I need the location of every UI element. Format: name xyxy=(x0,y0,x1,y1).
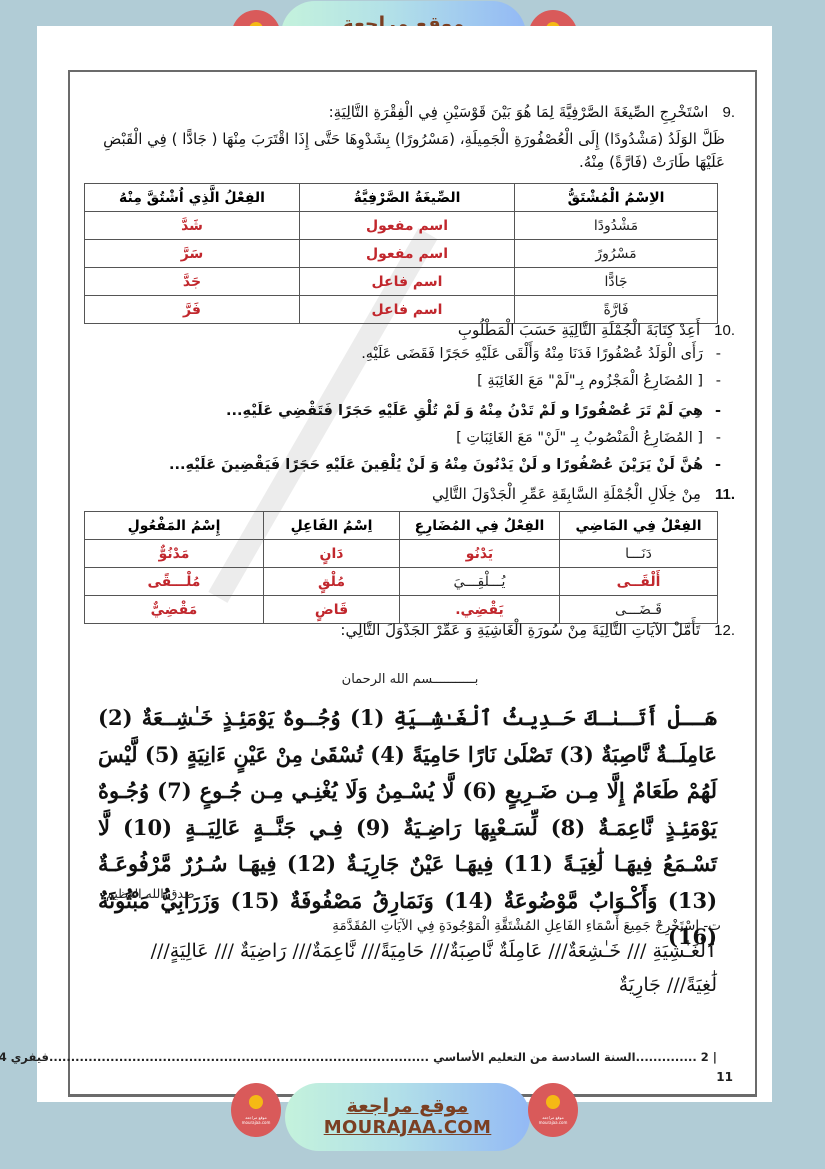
table-row: مَسْرُورً اسم مفعول سَرَّ xyxy=(85,240,718,268)
q10-answer-2: -هُنَّ لَنْ يَرَيْنَ عُصْفُورًا و لَنْ ي… xyxy=(169,457,721,473)
answer-text: هُنَّ لَنْ يَرَيْنَ عُصْفُورًا و لَنْ يَ… xyxy=(169,457,703,473)
q9-table: الاِسْمُ الْمُشْتَقُّ الصِّيغَةُ الصَّرْ… xyxy=(84,183,718,324)
table-header: الاِسْمُ الْمُشْتَقُّ xyxy=(515,184,718,212)
table-row: جَادًّا اسم فاعل جَدَّ xyxy=(85,268,718,296)
question-text: تَأَمَّلْ الآيَاتِ التَّالِيَةَ مِنْ سُو… xyxy=(340,621,700,639)
badge-text: موقع مراجعة mourajaa.com xyxy=(528,1115,578,1125)
table-cell: دَنَـــا xyxy=(560,540,718,568)
table-cell-answer: اسم مفعول xyxy=(300,212,515,240)
logo-icon xyxy=(249,1095,263,1109)
table-row: دَنَـــا يَدْنُو دَانٍ مَدْنُوٌّ xyxy=(85,540,718,568)
q9-paragraph: ظَلَّ الوَلَدُ (مَشْدُودًا) إِلَى الْعُص… xyxy=(100,128,725,174)
page-footer: | 2 .............. السنة السادسة من التع… xyxy=(108,1050,717,1064)
dots: ........................................… xyxy=(241,1050,429,1064)
table-row: فَارَّةً اسم فاعل فَرَّ xyxy=(85,296,718,324)
table-header-row: الفِعْلُ فِي المَاضِي الفِعْلُ فِي المُض… xyxy=(85,512,718,540)
question-number: 12. xyxy=(714,622,735,639)
table-cell-answer: أَلْقَــى xyxy=(560,568,718,596)
table-header: اِسْمُ الفَاعِلِ xyxy=(264,512,400,540)
table-cell-answer: دَانٍ xyxy=(264,540,400,568)
table-cell-answer: يَقْضِي. xyxy=(400,596,560,624)
q9-title: 9.اسْتَخْرِجِ الصِّيغَةَ الصَّرْفِيَّةَ … xyxy=(329,103,735,121)
q10-answer-1: -هِيَ لَمْ تَرَ عُصْفُورًا و لَمْ تَدْنُ… xyxy=(226,403,721,419)
badge-text: موقع مراجعة mourajaa.com xyxy=(231,1115,281,1125)
school-level: السنة السادسة من التعليم الأساسي xyxy=(433,1050,636,1064)
q12-answer-line-2: لَٰغِيَةً/// جَارِيَةٌ xyxy=(619,974,717,996)
dots: ........................................… xyxy=(49,1050,241,1064)
table-cell: قَـضَـــى xyxy=(560,596,718,624)
q11-title: 11.مِنْ خِلَالِ الْجُمْلَةِ السَّابِقَةِ… xyxy=(432,485,735,503)
answer-text: هِيَ لَمْ تَرَ عُصْفُورًا و لَمْ تَدْنُ … xyxy=(226,403,703,419)
table-cell-answer: مَقْضِيٌّ xyxy=(85,596,264,624)
table-cell-answer: قَاضٍ xyxy=(264,596,400,624)
logo-badge-left-bottom: موقع مراجعة mourajaa.com xyxy=(231,1083,281,1137)
dots: .............. xyxy=(636,1050,697,1064)
table-cell: فَارَّةً xyxy=(515,296,718,324)
table-cell: يُـــلْقِـــيَ xyxy=(400,568,560,596)
table-cell: مَشْدُودًا xyxy=(515,212,718,240)
table-header: الصِّيغَةُ الصَّرْفِيَّةُ xyxy=(300,184,515,212)
date: فيفري 2024 xyxy=(0,1050,49,1064)
closing-phrase: صدق الله العظيم xyxy=(106,886,195,901)
table-row: مَشْدُودًا اسم مفعول شَدَّ xyxy=(85,212,718,240)
table-cell-answer: شَدَّ xyxy=(85,212,300,240)
question-text: اسْتَخْرِجِ الصِّيغَةَ الصَّرْفِيَّةَ لِ… xyxy=(329,103,709,121)
line-text: رَأَى الْوَلَدُ عُصْفُورًا فَدَنَا مِنْه… xyxy=(361,346,703,362)
logo-badge-right-bottom: موقع مراجعة mourajaa.com xyxy=(528,1083,578,1137)
table-row: أَلْقَــى يُـــلْقِـــيَ مُلْقٍ مُلْـــق… xyxy=(85,568,718,596)
table-row: قَـضَـــى يَقْضِي. قَاضٍ مَقْضِيٌّ xyxy=(85,596,718,624)
q10-line-3: -[ المُضَارِعُ الْمَنْصُوبُ بِـ "لَنْ" م… xyxy=(456,430,721,446)
table-cell-answer: سَرَّ xyxy=(85,240,300,268)
table-cell-answer: مُلْقٍ xyxy=(264,568,400,596)
table-cell-answer: مَدْنُوٌّ xyxy=(85,540,264,568)
table-header: الفِعْلُ فِي المُضَارِعِ xyxy=(400,512,560,540)
table-header: إِسْمُ المَفْعُولِ xyxy=(85,512,264,540)
table-header: الفِعْلُ فِي المَاضِي xyxy=(560,512,718,540)
quran-verses: هَــلْ أَتَـىٰـكَ حَـدِيثُ ٱلْغَـٰشِـيَة… xyxy=(98,700,717,910)
q12-sub-question: ت- إِسْتَخْرِجْ جَمِيعَ أَسْمَاءِ الفَاع… xyxy=(332,918,721,934)
q12-title: 12.تَأَمَّلْ الآيَاتِ التَّالِيَةَ مِنْ … xyxy=(340,621,735,639)
footer-page-section: | 2 .............. xyxy=(636,1050,717,1064)
table-header-row: الاِسْمُ الْمُشْتَقُّ الصِّيغَةُ الصَّرْ… xyxy=(85,184,718,212)
question-number: 10. xyxy=(714,322,735,339)
table-cell-answer: اسم فاعل xyxy=(300,296,515,324)
q10-line-2: -[ المُضَارِعُ الْمَجْزُوم بِـ"لَمْ" مَع… xyxy=(477,373,721,389)
q10-title: 10.أَعِدْ كِتَابَةَ الْجُمْلَةِ التَّالِ… xyxy=(458,321,735,339)
question-text: مِنْ خِلَالِ الْجُمْلَةِ السَّابِقَةِ عَ… xyxy=(432,485,701,503)
page-total: 11 xyxy=(716,1070,733,1084)
footer-date-section: ........................................… xyxy=(0,1050,241,1064)
table-cell-answer: اسم مفعول xyxy=(300,240,515,268)
line-text: [ المُضَارِعُ الْمَجْزُوم بِـ"لَمْ" مَعَ… xyxy=(477,373,703,389)
table-cell-answer: اسم فاعل xyxy=(300,268,515,296)
question-number: 9. xyxy=(722,104,735,121)
logo-icon xyxy=(546,1095,560,1109)
table-cell-answer: جَدَّ xyxy=(85,268,300,296)
brand-arabic: موقع مراجعة xyxy=(347,1095,469,1117)
site-brand-banner-bottom[interactable]: موقع مراجعة MOURAJAA.COM xyxy=(285,1083,530,1151)
line-text: [ المُضَارِعُ الْمَنْصُوبُ بِـ "لَنْ" مَ… xyxy=(456,430,703,446)
table-cell: مَسْرُورً xyxy=(515,240,718,268)
question-text: أَعِدْ كِتَابَةَ الْجُمْلَةِ التَّالِيَة… xyxy=(458,321,700,339)
q10-line-1: -رَأَى الْوَلَدُ عُصْفُورًا فَدَنَا مِنْ… xyxy=(361,346,721,362)
table-cell: جَادًّا xyxy=(515,268,718,296)
question-number: 11. xyxy=(715,486,735,503)
footer-level-section: السنة السادسة من التعليم الأساسي .......… xyxy=(241,1050,635,1064)
table-header: الفِعْلُ الَّذِي اُشْتُقَّ مِنْهُ xyxy=(85,184,300,212)
q11-table: الفِعْلُ فِي المَاضِي الفِعْلُ فِي المُض… xyxy=(84,511,718,624)
page-number: | 2 xyxy=(701,1050,717,1064)
brand-english: MOURAJAA.COM xyxy=(324,1117,491,1139)
table-cell-answer: مُلْـــقًى xyxy=(85,568,264,596)
q12-answer-line-1: ٱلْغَـٰشِيَةِ /// خَـٰشِعَةٌ/// عَامِلَة… xyxy=(151,940,717,962)
table-cell-answer: فَرَّ xyxy=(85,296,300,324)
table-cell-answer: يَدْنُو xyxy=(400,540,560,568)
basmala: بـــــــــــسم الله الرحمان xyxy=(310,672,510,687)
